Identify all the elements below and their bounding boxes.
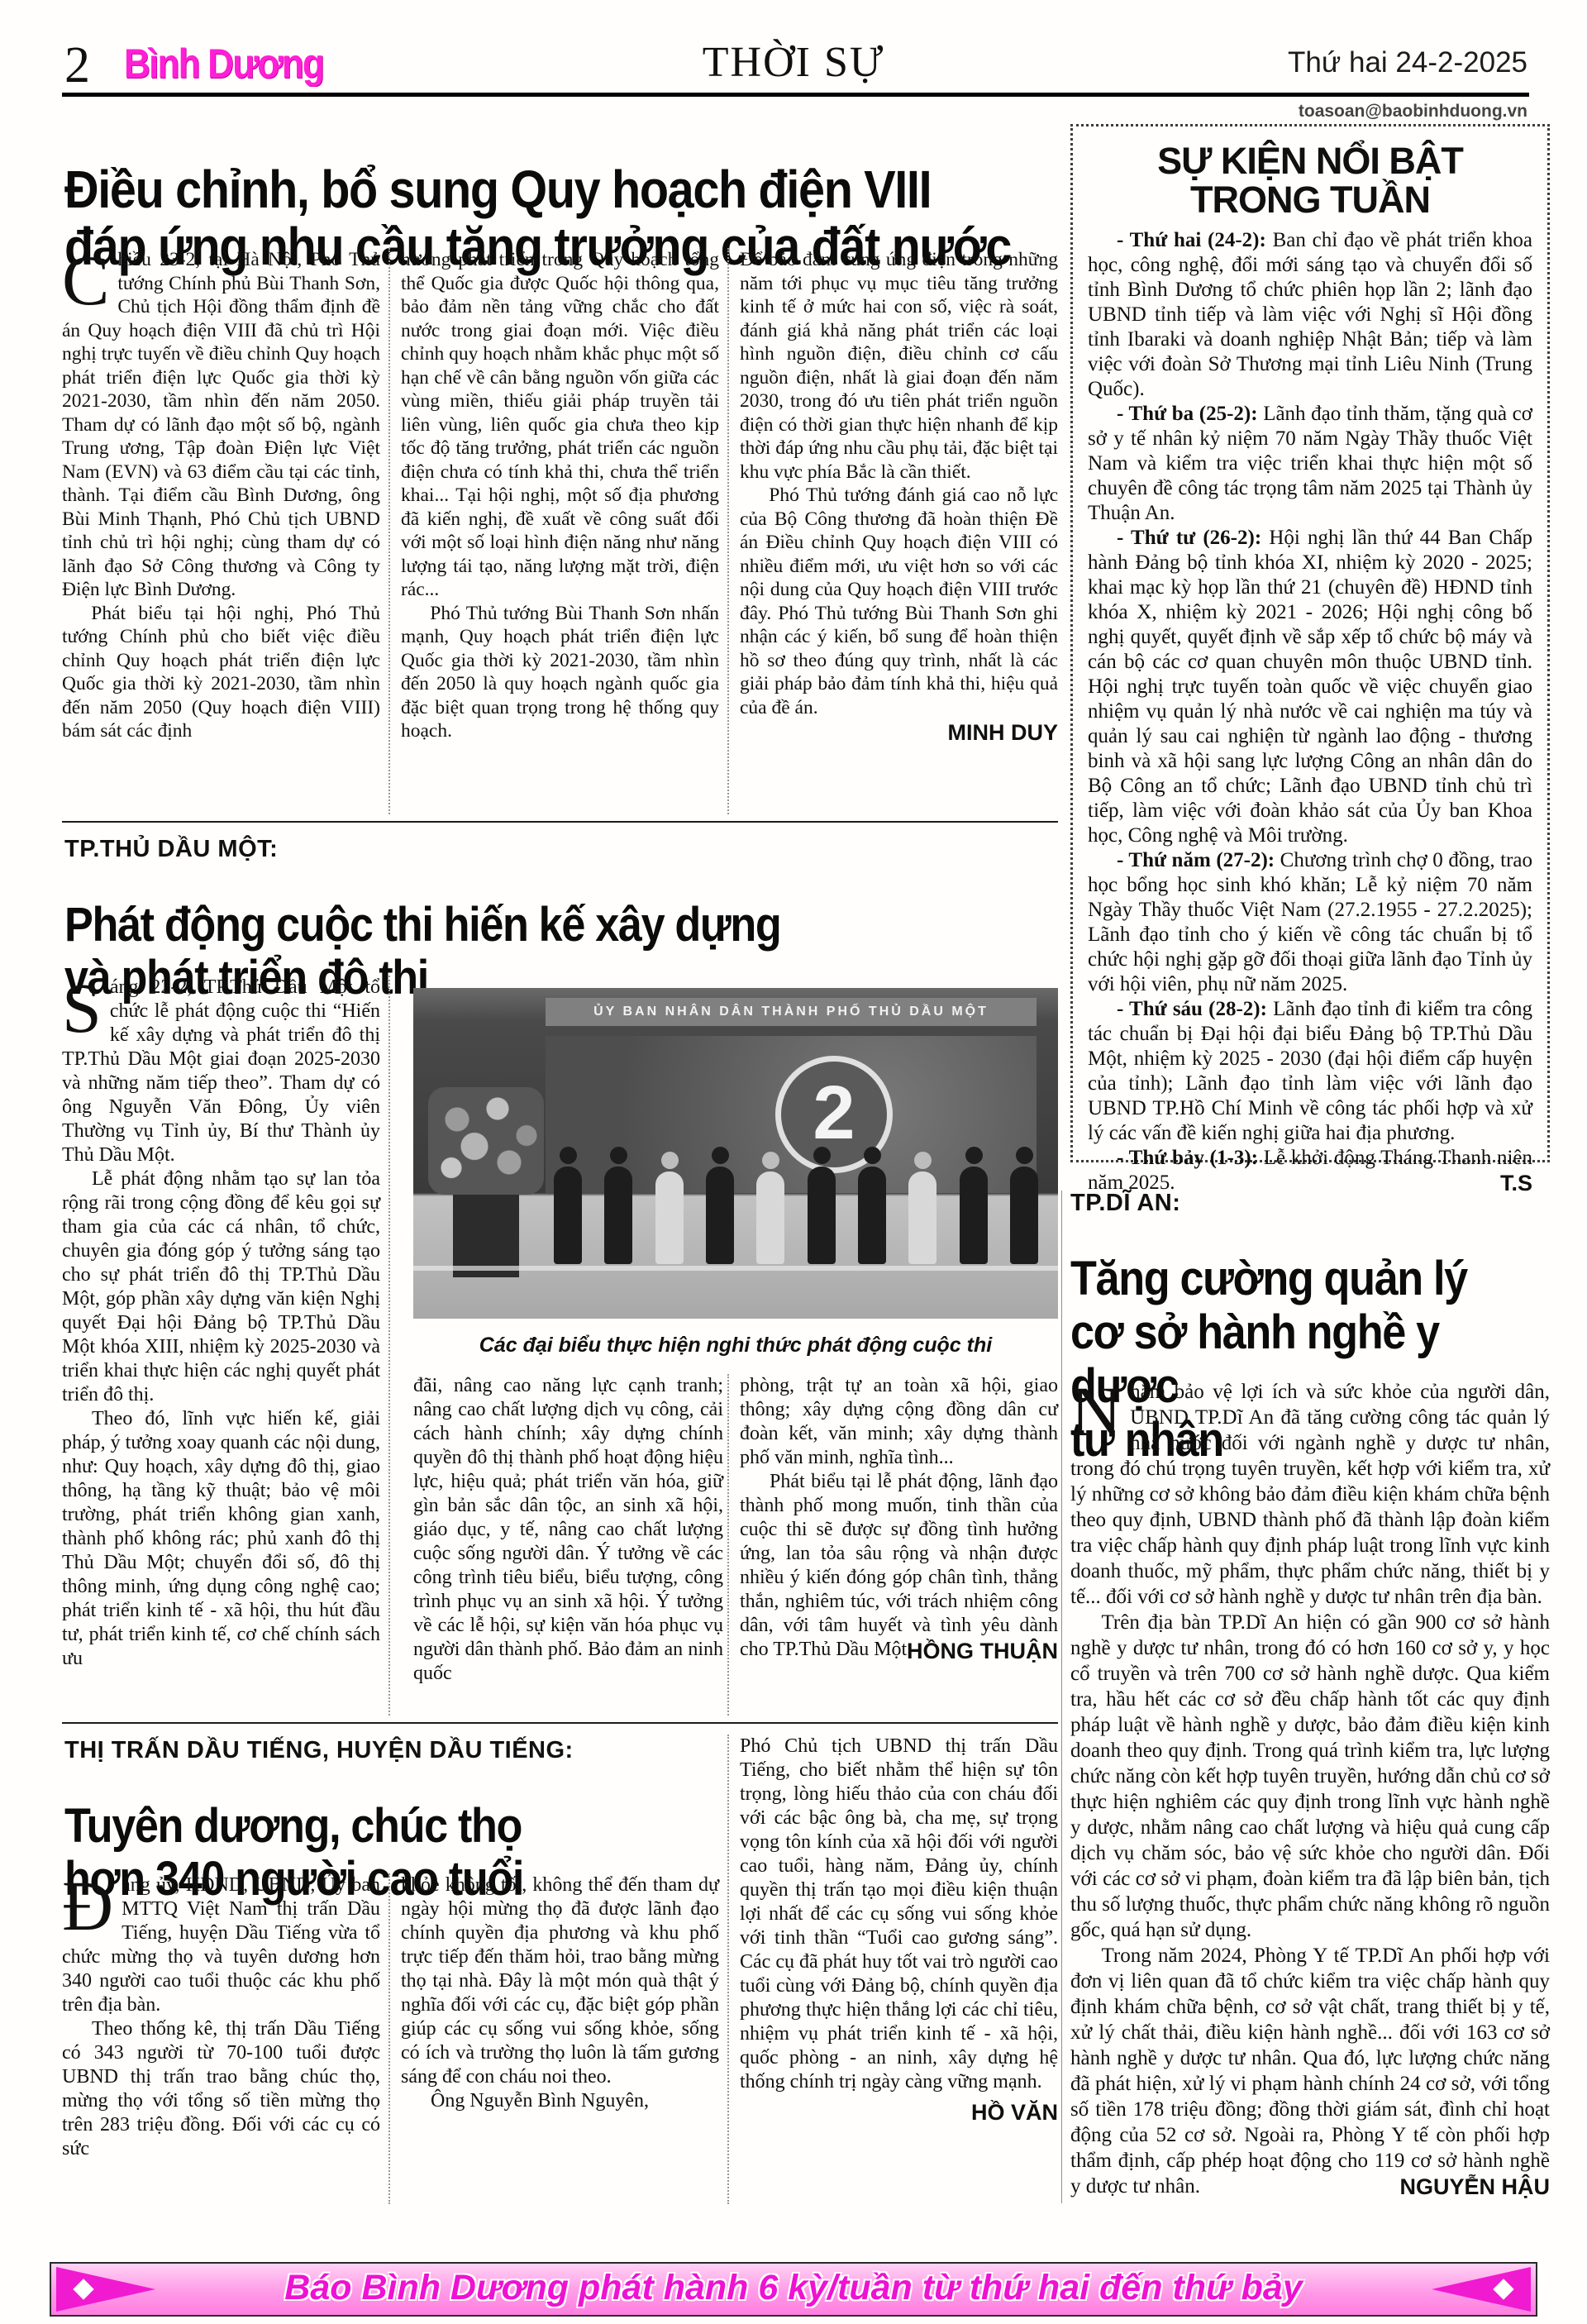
person-silhouette xyxy=(1010,1167,1038,1264)
event-day-label: - Thứ ba (25-2): xyxy=(1117,403,1258,425)
weekly-events-box: SỰ KIỆN NỔI BẬT TRONG TUẦN - Thứ hai (24… xyxy=(1070,124,1550,1162)
tdm-column-3: phòng, trật tự an toàn xã hội, giao thôn… xyxy=(740,1374,1058,1664)
zone-divider xyxy=(1061,1191,1062,2203)
article-paragraph: Trong năm 2024, Phòng Y tế TP.Dĩ An phối… xyxy=(1070,1943,1550,2199)
event-day-label: - Thứ sáu (28-2): xyxy=(1117,998,1267,1020)
article-paragraph: Phát biểu tại lễ phát động, lãnh đạo thà… xyxy=(740,1470,1058,1662)
event-item: - Thứ sáu (28-2): Lãnh đạo tỉnh đi kiểm … xyxy=(1088,997,1532,1146)
event-day-label: - Thứ tư (26-2): xyxy=(1117,527,1261,549)
dautieng-column-1: Đảng ủy, HĐND, UBND, Ủy ban MTTQ Việt Na… xyxy=(62,1873,380,2161)
column-divider xyxy=(388,1873,390,2204)
dian-column: Nhằm bảo vệ lợi ích và sức khỏe của ngườ… xyxy=(1070,1379,1550,2210)
event-item: - Thứ năm (27-2): Chương trình chợ 0 đồn… xyxy=(1088,848,1532,997)
photo-caption: Các đại biểu thực hiện nghi thức phát độ… xyxy=(413,1333,1058,1358)
article-paragraph: đãi, nâng cao năng lực cạnh tranh; nâng … xyxy=(413,1374,723,1686)
lead-article-column-3: Để bảo đảm cung ứng điện trong những năm… xyxy=(740,248,1058,831)
dautieng-column-2: khỏe không tốt, không thể đến tham dự ng… xyxy=(401,1873,719,2113)
delegates-row xyxy=(554,1167,1038,1264)
flower-bouquet-shape xyxy=(428,1087,544,1195)
newspaper-page: 2 Bình Dương THỜI SỰ Thứ hai 24-2-2025 t… xyxy=(0,0,1587,2324)
header-rule xyxy=(62,93,1529,97)
column-divider xyxy=(388,248,390,814)
article-paragraph: Để bảo đảm cung ứng điện trong những năm… xyxy=(740,248,1058,484)
article-paragraph: Trên địa bàn TP.Dĩ An hiện có gần 900 cơ… xyxy=(1070,1610,1550,1943)
dautieng-kicker: THỊ TRẤN DẦU TIẾNG, HUYỆN DẦU TIẾNG: xyxy=(64,1738,574,1764)
column-divider xyxy=(727,248,729,814)
dautieng-byline: HỒ VĂN xyxy=(740,2099,1058,2126)
footer-slogan: Báo Bình Dương phát hành 6 kỳ/tuần từ th… xyxy=(51,2269,1536,2307)
event-text: Hội nghị lần thứ 44 Ban Chấp hành Đảng b… xyxy=(1088,527,1532,847)
article-paragraph: khỏe không tốt, không thể đến tham dự ng… xyxy=(401,1873,719,2089)
article-paragraph: Lễ phát động nhằm tạo sự lan tỏa rộng rã… xyxy=(62,1167,380,1407)
lead-article-column-1: Chiều 23-2, tại Hà Nội, Phó Thủ tướng Ch… xyxy=(62,248,380,831)
person-silhouette xyxy=(858,1167,886,1264)
dian-kicker: TP.DĨ AN: xyxy=(1070,1191,1180,1217)
event-item: - Thứ hai (24-2): Ban chỉ đạo về phát tr… xyxy=(1088,228,1532,402)
person-silhouette xyxy=(655,1172,684,1264)
article-paragraph: Theo thống kê, thị trấn Dầu Tiếng có 343… xyxy=(62,2017,380,2161)
event-day-label: - Thứ hai (24-2): xyxy=(1117,229,1266,251)
section-divider xyxy=(62,1722,1058,1724)
tdm-kicker: TP.THỦ DẦU MỘT: xyxy=(64,837,278,863)
column-divider xyxy=(727,1374,729,1716)
person-silhouette xyxy=(908,1172,936,1264)
column-divider xyxy=(727,1735,729,2204)
person-silhouette xyxy=(756,1172,784,1264)
article-paragraph: Đảng ủy, HĐND, UBND, Ủy ban MTTQ Việt Na… xyxy=(62,1873,380,2017)
event-text: Ban chỉ đạo về phát triển khoa học, công… xyxy=(1088,229,1532,400)
tdm-column-1: Sáng 22-2, TP.Thủ Dầu Một tổ chức lễ phá… xyxy=(62,976,380,1724)
person-silhouette xyxy=(604,1167,632,1264)
person-silhouette xyxy=(706,1167,734,1264)
article-paragraph: Phát biểu tại hội nghị, Phó Thủ tướng Ch… xyxy=(62,602,380,743)
dautieng-column-3: Phó Chủ tịch UBND thị trấn Dầu Tiếng, ch… xyxy=(740,1735,1058,2126)
article-paragraph: Phó Thủ tướng đánh giá cao nỗ lực của Bộ… xyxy=(740,484,1058,719)
event-day-label: - Thứ bảy (1-3): xyxy=(1117,1147,1258,1169)
stage-edge xyxy=(413,1266,1058,1271)
article-paragraph: Ông Nguyễn Bình Nguyên, xyxy=(401,2089,719,2113)
article-paragraph: hướng phát triển trong Quy hoạch tổng th… xyxy=(401,248,719,602)
tdm-column-2: đãi, nâng cao năng lực cạnh tranh; nâng … xyxy=(413,1374,723,1686)
event-item: - Thứ tư (26-2): Hội nghị lần thứ 44 Ban… xyxy=(1088,526,1532,848)
article-paragraph: Chiều 23-2, tại Hà Nội, Phó Thủ tướng Ch… xyxy=(62,248,380,602)
lead-article-byline: MINH DUY xyxy=(740,719,1058,746)
photo-banner-text: ỦY BAN NHÂN DÂN THÀNH PHỐ THỦ DẦU MỘT xyxy=(546,998,1037,1026)
event-photo: ỦY BAN NHÂN DÂN THÀNH PHỐ THỦ DẦU MỘT 2 xyxy=(413,988,1058,1319)
person-silhouette xyxy=(808,1167,836,1264)
article-paragraph: Theo đó, lĩnh vực hiến kế, giải pháp, ý … xyxy=(62,1407,380,1671)
column-divider xyxy=(388,976,390,1716)
article-paragraph: phòng, trật tự an toàn xã hội, giao thôn… xyxy=(740,1374,1058,1470)
article-paragraph: Nhằm bảo vệ lợi ích và sức khỏe của ngườ… xyxy=(1070,1379,1550,1610)
article-paragraph: Sáng 22-2, TP.Thủ Dầu Một tổ chức lễ phá… xyxy=(62,976,380,1167)
flower-stand-shape xyxy=(453,1195,519,1277)
footer-banner: Báo Bình Dương phát hành 6 kỳ/tuần từ th… xyxy=(50,2262,1537,2317)
events-box-title: SỰ KIỆN NỔI BẬT TRONG TUẦN xyxy=(1088,141,1532,220)
person-silhouette xyxy=(554,1167,582,1264)
event-item: - Thứ ba (25-2): Lãnh đạo tỉnh thăm, tặn… xyxy=(1088,402,1532,526)
event-day-label: - Thứ năm (27-2): xyxy=(1117,849,1275,871)
editorial-email: toasoan@baobinhduong.vn xyxy=(1299,103,1527,120)
page-date: Thứ hai 24-2-2025 xyxy=(1288,48,1527,77)
section-divider xyxy=(62,821,1058,823)
article-paragraph: Phó Chủ tịch UBND thị trấn Dầu Tiếng, ch… xyxy=(740,1735,1058,2094)
article-paragraph: Phó Thủ tướng Bùi Thanh Sơn nhấn mạnh, Q… xyxy=(401,602,719,743)
person-silhouette xyxy=(960,1167,988,1264)
lead-article-column-2: hướng phát triển trong Quy hoạch tổng th… xyxy=(401,248,719,831)
